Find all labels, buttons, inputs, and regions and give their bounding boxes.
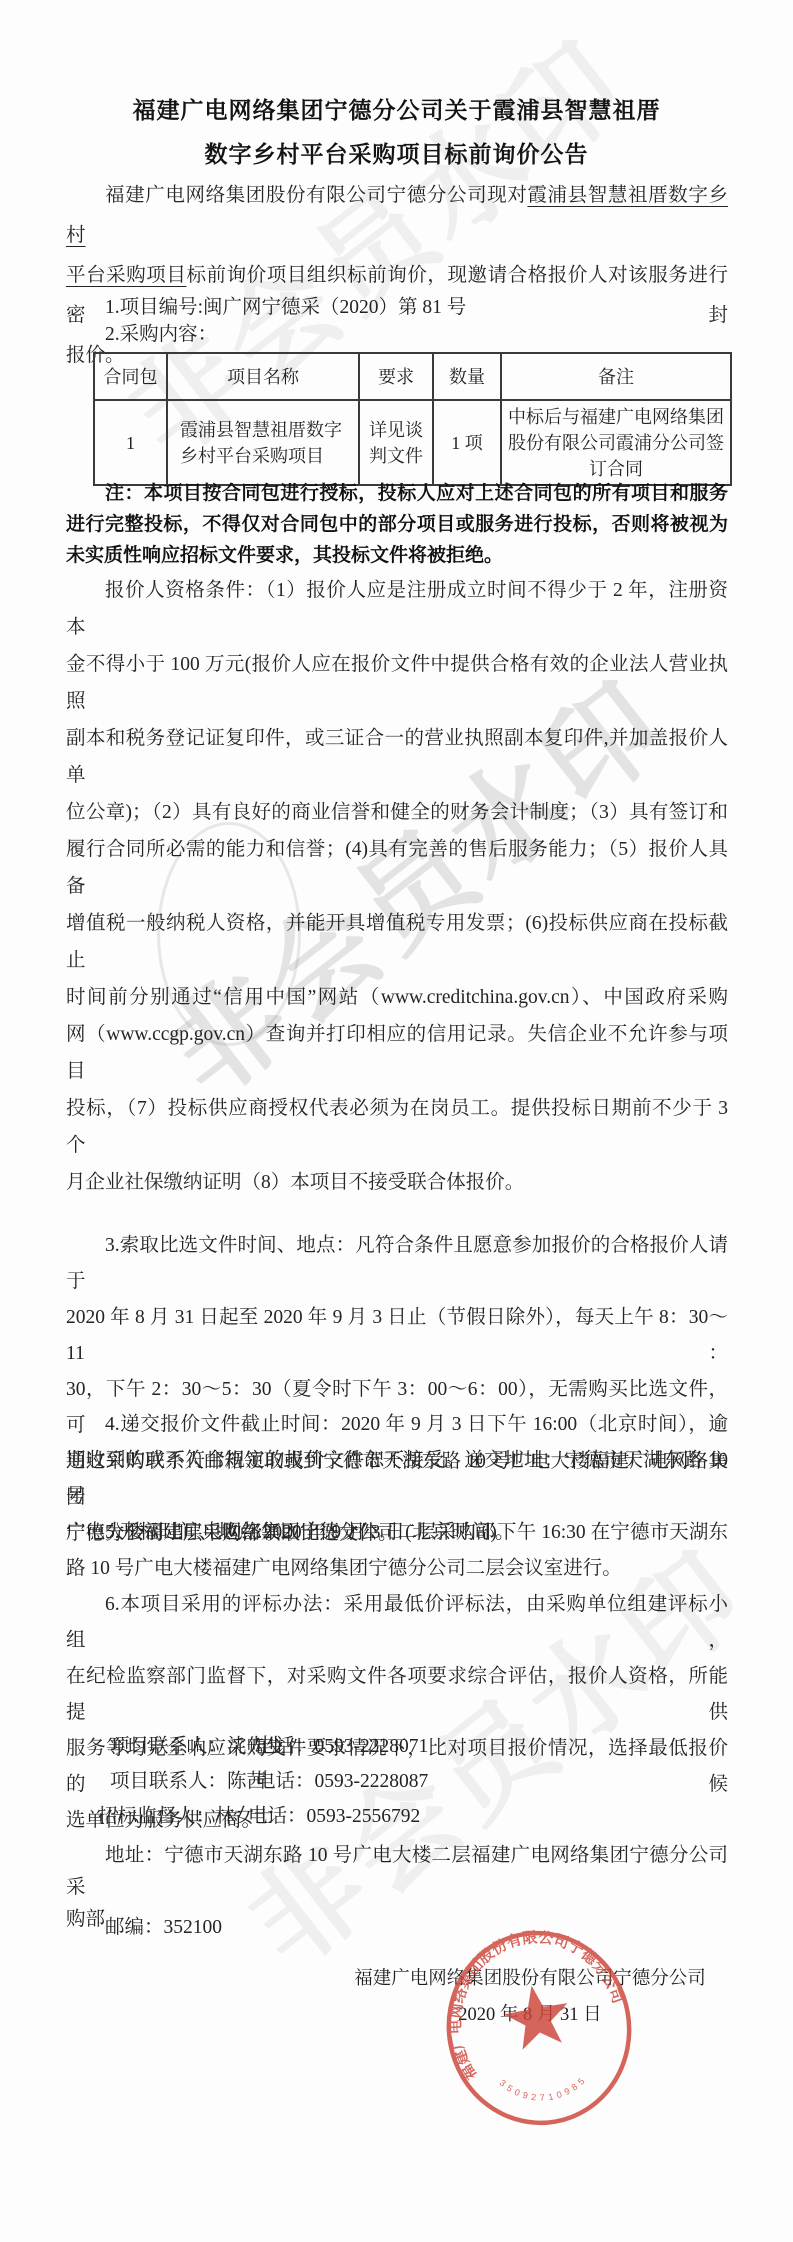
text-line: 位公章)；（2）具有良好的商业信誉和健全的财务会计制度；（3）具有签订和: [66, 794, 728, 831]
text-line: 投标，（7）投标供应商授权代表必须为在岗员工。提供投标日期前不少于 3 个: [66, 1090, 728, 1164]
cell-requirement: 详见谈判文件: [359, 400, 433, 485]
table-header-row: 合同包 项目名称 要求 数量 备注: [94, 353, 731, 400]
cell-quantity: 1 项: [433, 400, 501, 485]
cell-note: 中标后与福建广电网络集团股份有限公司霞浦分公司签订合同: [501, 400, 731, 485]
text-line: 在纪检监察部门监督下，对采购文件各项要求综合评估，报价人资格，所能提供: [66, 1659, 728, 1731]
text-line: 2020 年 8 月 31 日起至 2020 年 9 月 3 日止（节假日除外）…: [66, 1300, 728, 1372]
column-header-name: 项目名称: [167, 353, 359, 400]
text-line: 期收到的或不符合规定的报价文件恕不接受。递交地址：宁德市天湖东路 10 号: [66, 1443, 728, 1515]
project-number-line: 1.项目编号:闽广网宁德采（2020）第 81 号: [66, 294, 728, 321]
text-line: 进行完整投标，不得仅对合同包中的部分项目或服务进行投标，否则将被视为: [66, 509, 728, 540]
item-list: 1.项目编号:闽广网宁德采（2020）第 81 号 2.采购内容：: [66, 294, 728, 348]
text-line: 时间前分别通过“信用中国”网站（www.creditchina.gov.cn）、…: [66, 979, 728, 1016]
purchase-content-table: 合同包 项目名称 要求 数量 备注 1 霞浦县智慧祖厝数字乡村平台采购项目 详见…: [93, 352, 732, 486]
contact-phone: 电话：0593-2228087: [256, 1767, 428, 1797]
text-line: 报价人资格条件：（1）报价人应是注册成立时间不得少于 2 年，注册资本: [66, 572, 728, 646]
contact-row-2: 项目联系人：陈茜 电话：0593-2228087: [66, 1767, 728, 1797]
company-seal-stamp: 福建广电网络集团股份有限公司宁德分公司 35092710985: [424, 1916, 654, 2146]
text-line: 月企业社保缴纳证明（8）本项目不接受联合体报价。: [66, 1164, 728, 1201]
note-paragraph: 注：本项目按合同包进行授标，投标人应对上述合同包的所有项目和服务 进行完整投标，…: [66, 478, 728, 571]
svg-text:35092710985: 35092710985: [496, 2063, 591, 2110]
stamp-serial-number: 35092710985: [496, 2063, 591, 2110]
text-line: 5.开标时间、地点:2020 年 9 月 3 日(北京时间)下午 16:30 在…: [66, 1515, 728, 1551]
address-line: 地址：宁德市天湖东路 10 号广电大楼二层福建广电网络集团宁德分公司采: [66, 1840, 728, 1904]
text-line: 福建广电网络集团股份有限公司宁德分公司现对霞浦县智慧祖厝数字乡村: [66, 176, 728, 256]
cell-project-name: 霞浦县智慧祖厝数字乡村平台采购项目: [167, 400, 359, 485]
stamp-star: [500, 1980, 574, 2052]
text-line: 网（www.ccgp.gov.cn）查询并打印相应的信用记录。失信企业不允许参与…: [66, 1016, 728, 1090]
text-line: 金不得小于 100 万元(报价人应在报价文件中提供合格有效的企业法人营业执照: [66, 646, 728, 720]
qualification-paragraph: 报价人资格条件：（1）报价人应是注册成立时间不得少于 2 年，注册资本 金不得小…: [66, 572, 728, 1201]
document-page: 非会员水印 非会员水印 非会员水印 福建广电网络集团宁德分公司关于霞浦县智慧祖厝…: [0, 0, 793, 2242]
section-5-bid-opening: 5.开标时间、地点:2020 年 9 月 3 日(北京时间)下午 16:30 在…: [66, 1515, 728, 1587]
underlined-project-name: 平台采购项目: [66, 265, 186, 286]
column-header-package: 合同包: [94, 353, 167, 400]
column-header-requirement: 要求: [359, 353, 433, 400]
text-line: 6.本项目采用的评标办法：采用最低价评标法，由采购单位组建评标小组，: [66, 1587, 728, 1659]
contact-name: 项目联系人：陈茜: [110, 1767, 266, 1797]
column-header-note: 备注: [501, 353, 731, 400]
text-line: 未实质性响应招标文件要求，其投标文件将被拒绝。: [66, 540, 728, 571]
contact-phone: 电话：0593-2556792: [248, 1802, 420, 1832]
text-line: 路 10 号广电大楼福建广电网络集团宁德分公司二层会议室进行。: [66, 1551, 728, 1587]
cell-package: 1: [94, 400, 167, 485]
text-line: 注：本项目按合同包进行授标，投标人应对上述合同包的所有项目和服务: [66, 478, 728, 509]
column-header-quantity: 数量: [433, 353, 501, 400]
text-line: 履行合同所必需的能力和信誉；(4)具有完善的售后服务能力；（5）报价人具备: [66, 831, 728, 905]
document-title-line-2: 数字乡村平台采购项目标前询价公告: [0, 136, 793, 169]
text-segment: 福建广电网络集团股份有限公司宁德分公司现对: [105, 185, 527, 206]
contact-row-3: 招标监督人：林女士 电话：0593-2556792: [66, 1802, 728, 1832]
document-title-line-1: 福建广电网络集团宁德分公司关于霞浦县智慧祖厝: [0, 92, 793, 125]
table-row: 1 霞浦县智慧祖厝数字乡村平台采购项目 详见谈判文件 1 项 中标后与福建广电网…: [94, 400, 731, 485]
text-line: 4.递交报价文件截止时间：2020 年 9 月 3 日下午 16:00（北京时间…: [66, 1407, 728, 1443]
text-line: 增值税一般纳税人资格，并能开具增值税专用发票；(6)投标供应商在投标截止: [66, 905, 728, 979]
text-line: 副本和税务登记证复印件，或三证合一的营业执照副本复印件,并加盖报价人单: [66, 720, 728, 794]
contact-phone: 电话：0593-2228071: [256, 1732, 428, 1762]
purchase-content-line: 2.采购内容：: [66, 321, 728, 348]
contact-row-1: 项目联系人：沈先生 电话：0593-2228071: [66, 1732, 728, 1762]
text-line: 3.索取比选文件时间、地点：凡符合条件且愿意参加报价的合格报价人请于: [66, 1228, 728, 1300]
